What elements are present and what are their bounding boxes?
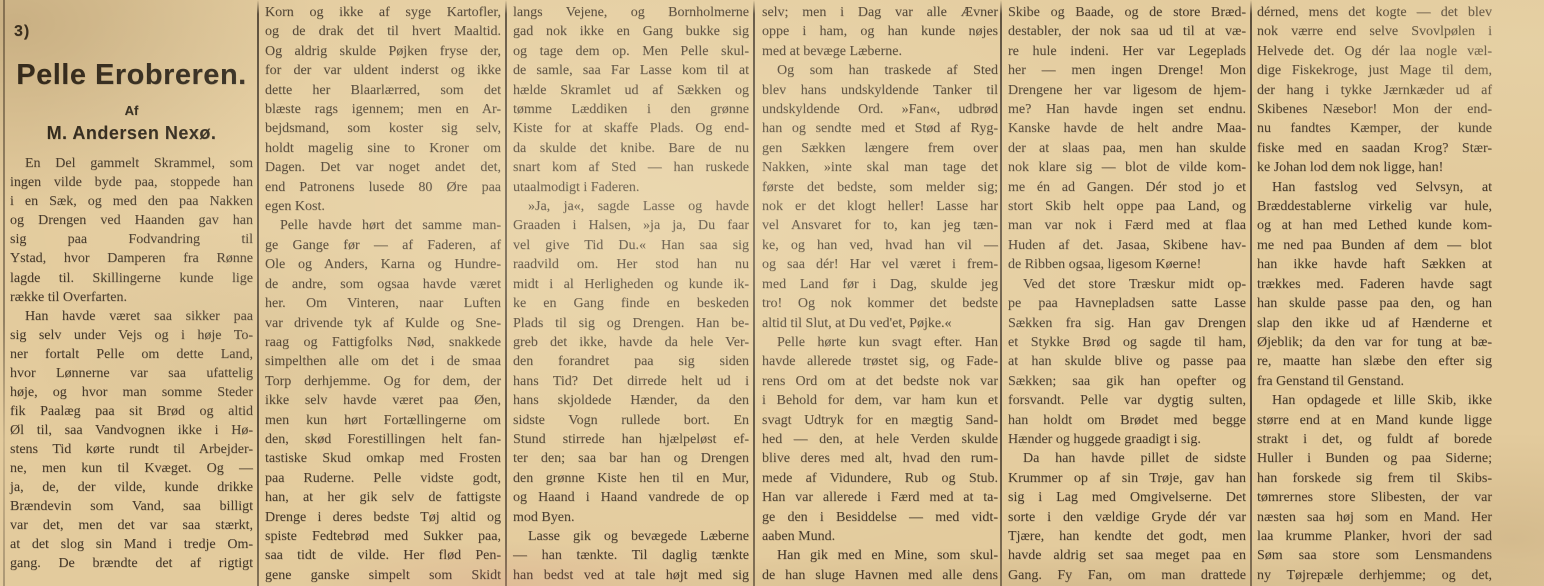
text-line: Krummer op af sin Trøje, gav han: [1008, 469, 1246, 488]
text-line: der hang i tykke Jærnkæder ud af: [1257, 81, 1492, 100]
text-line: ja, de, der vilde, kunde drikke: [10, 478, 253, 497]
column-2-text: Korn og ikke af syge Kartofler,og de dra…: [265, 3, 501, 585]
text-line: Huller i Bunden og paa Siderne;: [1257, 449, 1492, 468]
column-rule-2: [505, 0, 507, 586]
text-line: Kanske havde de helt andre Maa-: [1008, 119, 1246, 138]
text-line: Brændevin som Vand, saa billigt: [10, 497, 253, 516]
text-line: forsvandt. Pelle var dygtig sulten,: [1008, 391, 1246, 410]
text-line: bejdsmand, som koster sig selv,: [265, 119, 501, 138]
text-line: han skulde passe paa den, og han: [1257, 294, 1492, 313]
text-line: Søm saa store som Lensmandens: [1257, 546, 1492, 565]
text-line: havde aldrig set saa meget paa en: [1008, 546, 1246, 565]
text-line: den grønne Kiste hen til en Mur,: [513, 469, 749, 488]
text-line: første det bedste, som melder sig;: [762, 178, 998, 197]
text-line: den, skød Forestillingen helt fan-: [265, 430, 501, 449]
text-line: Ystad, hvor Damperen fra Rønne: [10, 249, 253, 268]
text-line: dérned, mens det kogte — det blev: [1257, 3, 1492, 22]
text-line: egen Kost.: [265, 197, 501, 216]
text-line: ikke selv havde været paa Øen,: [265, 391, 501, 410]
text-line: i en Sæk, og med den paa Nakken: [10, 192, 253, 211]
paragraph: »Ja, ja«, sagde Lasse og havdeGraaden i …: [513, 197, 749, 527]
text-line: hans Tid? Det dirrede helt ud i: [513, 372, 749, 391]
text-line: han bedst ved at tale højt med sig: [513, 566, 749, 585]
text-line: re, maatte han slæbe den efter sig: [1257, 352, 1492, 371]
text-line: end Patronens lusede 80 Øre paa: [265, 178, 501, 197]
text-line: Kiste for at skaffe Plads. Og end-: [513, 119, 749, 138]
text-line: »Ja, ja«, sagde Lasse og havde: [513, 197, 749, 216]
text-line: sig i Lag med Omgivelserne. Det: [1008, 488, 1246, 507]
text-line: utaalmodigt i Faderen.: [513, 178, 749, 197]
paragraph: Og som han traskede af Stedblev hans und…: [762, 61, 998, 333]
text-line: nok er det klogt heller! Lasse har: [762, 197, 998, 216]
text-line: stort Skib helt oppe paa Land, og: [1008, 197, 1246, 216]
text-line: her — men ingen Drenge! Mon: [1008, 61, 1246, 80]
column-3: langs Vejene, og Bornholmernegad nok ikk…: [513, 0, 749, 586]
text-line: — han tænkte. Til daglig tænkte: [513, 546, 749, 565]
text-line: me ned paa Bunden af dem — blot: [1257, 236, 1492, 255]
text-line: han, at her gik selv de fattigste: [265, 488, 501, 507]
text-line: ke, og han ved, hvad han vil —: [762, 236, 998, 255]
article-title: Pelle Erobreren.: [10, 58, 253, 92]
text-line: Han havde været saa sikker paa: [10, 307, 253, 326]
text-line: de andre, som ogsaa havde været: [265, 275, 501, 294]
text-line: tro! Og nok kommer det bedste: [762, 294, 998, 313]
text-line: Drenge i deres bedste Tøj altid og: [265, 508, 501, 527]
text-line: midt i al Herligheden og kunde ik-: [513, 275, 749, 294]
paragraph: Han havde været saa sikker paasig selv u…: [10, 307, 253, 574]
text-line: mede af Vidundere, Rub og Stub.: [762, 469, 998, 488]
byline-prefix: Af: [10, 101, 253, 120]
text-line: Og som han traskede af Sted: [762, 61, 998, 80]
text-line: havde allerede trøstet sig, og Fade-: [762, 352, 998, 371]
text-line: han forskede sig frem til Skibs-: [1257, 469, 1492, 488]
text-line: undskyldende Ord. »Fan«, udbrød: [762, 100, 998, 119]
text-line: Skibe og Baade, og de store Bræd-: [1008, 3, 1246, 22]
text-line: vel give Tid Du.« Han saa sig: [513, 236, 749, 255]
text-line: laa krumme Planker, hvori der sad: [1257, 527, 1492, 546]
column-6-text: dérned, mens det kogte — det blevnok vær…: [1257, 3, 1492, 585]
text-line: han ikke havde haft Sækken at: [1257, 255, 1492, 274]
text-line: at han skulde blive og passe paa: [1008, 352, 1246, 371]
text-line: og de drak det til hvert Maaltid.: [265, 22, 501, 41]
paragraph: selv; men i Dag var alle Ævneroppe i ham…: [762, 3, 998, 61]
text-line: Gang. Fy Fan, om man drattede: [1008, 566, 1246, 585]
text-line: de han sluge Havnen med alle dens: [762, 566, 998, 585]
paragraph: Skibe og Baade, og de store Bræd-destabl…: [1008, 3, 1246, 275]
text-line: et Stykke Brød og sagde til ham,: [1008, 333, 1246, 352]
text-line: raag og Fattigfolks Nød, snakkede: [265, 333, 501, 352]
text-line: dige Fiskekroge, just Mage til dem,: [1257, 61, 1492, 80]
text-line: Stund stirrede han hjælpeløst ef-: [513, 430, 749, 449]
text-line: tømrernes store Slibesten, der var: [1257, 488, 1492, 507]
text-line: tømme Læddiken i den grønne: [513, 100, 749, 119]
text-line: Ved det store Træskur midt op-: [1008, 275, 1246, 294]
text-line: Sækken fra sig. Han gav Drengen: [1008, 314, 1246, 333]
text-line: hans skjoldede Hænder, da den: [513, 391, 749, 410]
text-line: række til Overfarten.: [10, 288, 253, 307]
text-line: Bræddestablerne virkelig var hule,: [1257, 197, 1492, 216]
text-line: her. Om Vinteren, naar Luften: [265, 294, 501, 313]
text-line: trækkes med. Faderen havde sagt: [1257, 275, 1492, 294]
paragraph: Han opdagede et lille Skib, ikkestørre e…: [1257, 391, 1492, 585]
text-line: stens Tid kørte rundt til Arbejder-: [10, 440, 253, 459]
text-line: der at slaas paa, men han skulde: [1008, 139, 1246, 158]
column-1: 3) Pelle Erobreren. Af M. Andersen Nexø.…: [10, 0, 253, 586]
text-line: Lasse gik og bevægede Læberne: [513, 527, 749, 546]
text-line: ter den; saa bar han og Drengen: [513, 449, 749, 468]
text-line: og saa dér! Har vel været i frem-: [762, 255, 998, 274]
text-line: han holdt om Brødet med begge: [1008, 411, 1246, 430]
text-line: blæste rags igennem; men en Ar-: [265, 100, 501, 119]
text-line: Han var allerede i Færd med at ta-: [762, 488, 998, 507]
text-line: nok værre end selve Svovlpølen i: [1257, 22, 1492, 41]
text-line: lagde til. Skillingerne kunde lige: [10, 269, 253, 288]
text-line: strakt i det, og fuldt af borede: [1257, 430, 1492, 449]
text-line: Han fastslog ved Selvsyn, at: [1257, 178, 1492, 197]
text-line: for der var uldent inderst og ikke: [265, 61, 501, 80]
column-rule-1: [257, 0, 259, 586]
text-line: gen Sækken længere frem over: [762, 139, 998, 158]
text-line: med at bevæge Læberne.: [762, 42, 998, 61]
text-line: Da han havde pillet de sidste: [1008, 449, 1246, 468]
text-line: med Land før i Dag, skulde jeg: [762, 275, 998, 294]
text-line: Korn og ikke af syge Kartofler,: [265, 3, 501, 22]
text-line: og Drengen ved Haanden gav han: [10, 211, 253, 230]
text-line: Torp derhjemme. Og for dem, der: [265, 372, 501, 391]
text-line: man var nok i Færd med at flaa: [1008, 216, 1246, 235]
text-line: ne, men kun til Kvæget. Og —: [10, 459, 253, 478]
text-line: Nakken, »inte skal man tage det: [762, 158, 998, 177]
text-line: saa tidt de vilde. Her flød Pen-: [265, 546, 501, 565]
text-line: hælde Skramlet ud af Sækken og: [513, 81, 749, 100]
text-line: Og aldrig skulde Pøjken fryse der,: [265, 42, 501, 61]
text-line: gang. De brændte det af rigtigt: [10, 554, 253, 573]
paragraph: Ved det store Træskur midt op-pe paa Hav…: [1008, 275, 1246, 450]
text-line: fra Genstand til Genstand.: [1257, 372, 1492, 391]
column-1-text: En Del gammelt Skrammel, somingen vilde …: [10, 154, 253, 573]
text-line: tastiske Skud omkap med Frosten: [265, 449, 501, 468]
text-line: i Behold for dem, var ham kun et: [762, 391, 998, 410]
text-line: og at han med Lethed kunde kom-: [1257, 216, 1492, 235]
text-line: Han gik med en Mine, som skul-: [762, 546, 998, 565]
text-line: raadvild om. Her stod han nu: [513, 255, 749, 274]
text-line: Dagen. Det var noget andet det,: [265, 158, 501, 177]
text-line: ge Gange før — af Faderen, af: [265, 236, 501, 255]
text-line: Pelle hørte kun svagt efter. Han: [762, 333, 998, 352]
column-2: Korn og ikke af syge Kartofler,og de dra…: [265, 0, 501, 586]
text-line: Tjære, han kendte det godt, men: [1008, 527, 1246, 546]
paragraph: Korn og ikke af syge Kartofler,og de dra…: [265, 3, 501, 216]
text-line: næsten saa høj som en Mand. Her: [1257, 508, 1492, 527]
text-line: ge den i Besiddelse — med vidt-: [762, 508, 998, 527]
text-line: ingen vilde byde paa, stoppede han: [10, 173, 253, 192]
text-line: Plads til sig og Drengen. Han be-: [513, 314, 749, 333]
text-line: Ole og Anders, Karna og Hundre-: [265, 255, 501, 274]
text-line: simpelthen alle om det i de smaa: [265, 352, 501, 371]
text-line: ke Johan lod dem nok ligge, han!: [1257, 158, 1492, 177]
text-line: destabler, der nok saa ud til at væ-: [1008, 22, 1246, 41]
text-line: ke en Gang finde en beskeden: [513, 294, 749, 313]
text-line: sidste Vogn rullede bort. En: [513, 411, 749, 430]
text-line: oppe i ham, og han kunde nøjes: [762, 22, 998, 41]
paragraph: Lasse gik og bevægede Læberne— han tænkt…: [513, 527, 749, 585]
text-line: aaben Mund.: [762, 527, 998, 546]
text-line: selv; men i Dag var alle Ævner: [762, 3, 998, 22]
text-line: dette her Blaarlærred, som det: [265, 81, 501, 100]
text-line: var det, men det var saa stærkt,: [10, 516, 253, 535]
column-6: dérned, mens det kogte — det blevnok vær…: [1257, 0, 1492, 586]
text-line: og tage dem op. Men Pelle skul-: [513, 42, 749, 61]
column-rule-5: [1250, 0, 1252, 586]
text-line: nok klare sig — blot de vilde kom-: [1008, 158, 1246, 177]
text-line: Sækken; saa gik han opefter og: [1008, 372, 1246, 391]
paragraph: Pelle havde hørt det samme man-ge Gange …: [265, 216, 501, 585]
text-line: sig paa Fodvandring til: [10, 230, 253, 249]
newspaper-page: 3) Pelle Erobreren. Af M. Andersen Nexø.…: [0, 0, 1544, 586]
text-line: sig selv under Vejs og i høje To-: [10, 326, 253, 345]
text-line: slap den ikke ud af Hænderne et: [1257, 314, 1492, 333]
text-line: hed — den, at hele Verden skulde: [762, 430, 998, 449]
text-line: større end at en Mand kunde ligge: [1257, 411, 1492, 430]
column-4: selv; men i Dag var alle Ævneroppe i ham…: [762, 0, 998, 586]
text-line: men kun hørt Fortællingerne om: [265, 411, 501, 430]
paragraph: dérned, mens det kogte — det blevnok vær…: [1257, 3, 1492, 178]
author-name: M. Andersen Nexø.: [10, 124, 253, 143]
text-line: nu fandtes Kæmper, der kunde: [1257, 119, 1492, 138]
text-line: Skibenes Næsebor! Mon der end-: [1257, 100, 1492, 119]
text-line: ny Tøjrepæle derhjemme; og det,: [1257, 566, 1492, 585]
text-line: me? Han havde ingen set endnu.: [1008, 100, 1246, 119]
paragraph: Pelle hørte kun svagt efter. Hanhavde al…: [762, 333, 998, 546]
text-line: fiske med en saadan Krog? Stær-: [1257, 139, 1492, 158]
text-line: Helvede det. Og dér laa nogle væl-: [1257, 42, 1492, 61]
column-3-text: langs Vejene, og Bornholmernegad nok ikk…: [513, 3, 749, 585]
text-line: høje, og hvor man somme Steder: [10, 383, 253, 402]
paragraph: Han fastslog ved Selvsyn, atBræddestable…: [1257, 178, 1492, 391]
text-line: mod Byen.: [513, 508, 749, 527]
text-line: svagt Udtryk for en mægtig Sand-: [762, 411, 998, 430]
text-line: re hule indeni. Her var Legeplads: [1008, 42, 1246, 61]
paragraph: Da han havde pillet de sidsteKrummer op …: [1008, 449, 1246, 585]
column-rule-3: [753, 0, 755, 586]
page-left-edge-rule: [3, 0, 5, 586]
text-line: den forandret paa sig siden: [513, 352, 749, 371]
text-line: spiste Fedtebrød med Sukker paa,: [265, 527, 501, 546]
text-line: holdt magelig sine to Kroner om: [265, 139, 501, 158]
text-line: langs Vejene, og Bornholmerne: [513, 3, 749, 22]
text-line: hvor Lønnerne var saa ufattelig: [10, 364, 253, 383]
text-line: vel Ansvaret for to, kan jeg tæn-: [762, 216, 998, 235]
text-line: gene ganske simpelt som Skidt: [265, 566, 501, 585]
text-line: fik Paalæg paa sit Brød og altid: [10, 402, 253, 421]
text-line: En Del gammelt Skrammel, som: [10, 154, 253, 173]
text-line: de Ribben ogsaa, ligesom Køerne!: [1008, 255, 1246, 274]
text-line: gad nok ikke en Gang bukke sig: [513, 22, 749, 41]
text-line: og Haand i Haand vandrede de op: [513, 488, 749, 507]
text-line: Huden af det. Jasaa, Skibene hav-: [1008, 236, 1246, 255]
text-line: de samle, saa Far Lasse kom til at: [513, 61, 749, 80]
text-line: at det slog sin Mand i tredje Om-: [10, 535, 253, 554]
text-line: han og sendte med et Stød af Ryg-: [762, 119, 998, 138]
text-line: Han opdagede et lille Skib, ikke: [1257, 391, 1492, 410]
text-line: blev hans undskyldende Tanker til: [762, 81, 998, 100]
text-line: rens Ord om at det bedste nok var: [762, 372, 998, 391]
text-line: Hænder og huggede graadigt i sig.: [1008, 430, 1246, 449]
column-rule-4: [1000, 0, 1002, 586]
text-line: paa Ruderne. Pelle vidste godt,: [265, 469, 501, 488]
text-line: Drengene her var ligesom de hjem-: [1008, 81, 1246, 100]
paragraph: langs Vejene, og Bornholmernegad nok ikk…: [513, 3, 749, 197]
text-line: Øjeblik; da den var for tung at bæ-: [1257, 333, 1492, 352]
text-line: blive deres med alt, hvad den rum-: [762, 449, 998, 468]
text-line: pe paa Havnepladsen satte Lasse: [1008, 294, 1246, 313]
text-line: da skulde det knibe. Bare de nu: [513, 139, 749, 158]
text-line: sorte i den vældige Gryde dér var: [1008, 508, 1246, 527]
text-line: var drivende tyk af Kulde og Sne-: [265, 314, 501, 333]
text-line: Pelle havde hørt det samme man-: [265, 216, 501, 235]
text-line: altid til Slut, at Du ved'et, Pøjke.«: [762, 314, 998, 333]
text-line: Øl til, saa Vandvognen ikke i Hø-: [10, 421, 253, 440]
text-line: greb det ikke, havde da hele Ver-: [513, 333, 749, 352]
text-line: Graaden i Halsen, »ja ja, Du faar: [513, 216, 749, 235]
paragraph: Han gik med en Mine, som skul-de han slu…: [762, 546, 998, 585]
column-5-text: Skibe og Baade, og de store Bræd-destabl…: [1008, 3, 1246, 585]
text-line: snart kom af Sted — han ruskede: [513, 158, 749, 177]
installment-number: 3): [14, 22, 253, 41]
column-4-text: selv; men i Dag var alle Ævneroppe i ham…: [762, 3, 998, 585]
text-line: me én ad Gangen. Dér stod jo et: [1008, 178, 1246, 197]
paragraph: En Del gammelt Skrammel, somingen vilde …: [10, 154, 253, 306]
text-line: ner fortalt Pelle om dette Land,: [10, 345, 253, 364]
column-5: Skibe og Baade, og de store Bræd-destabl…: [1008, 0, 1246, 586]
